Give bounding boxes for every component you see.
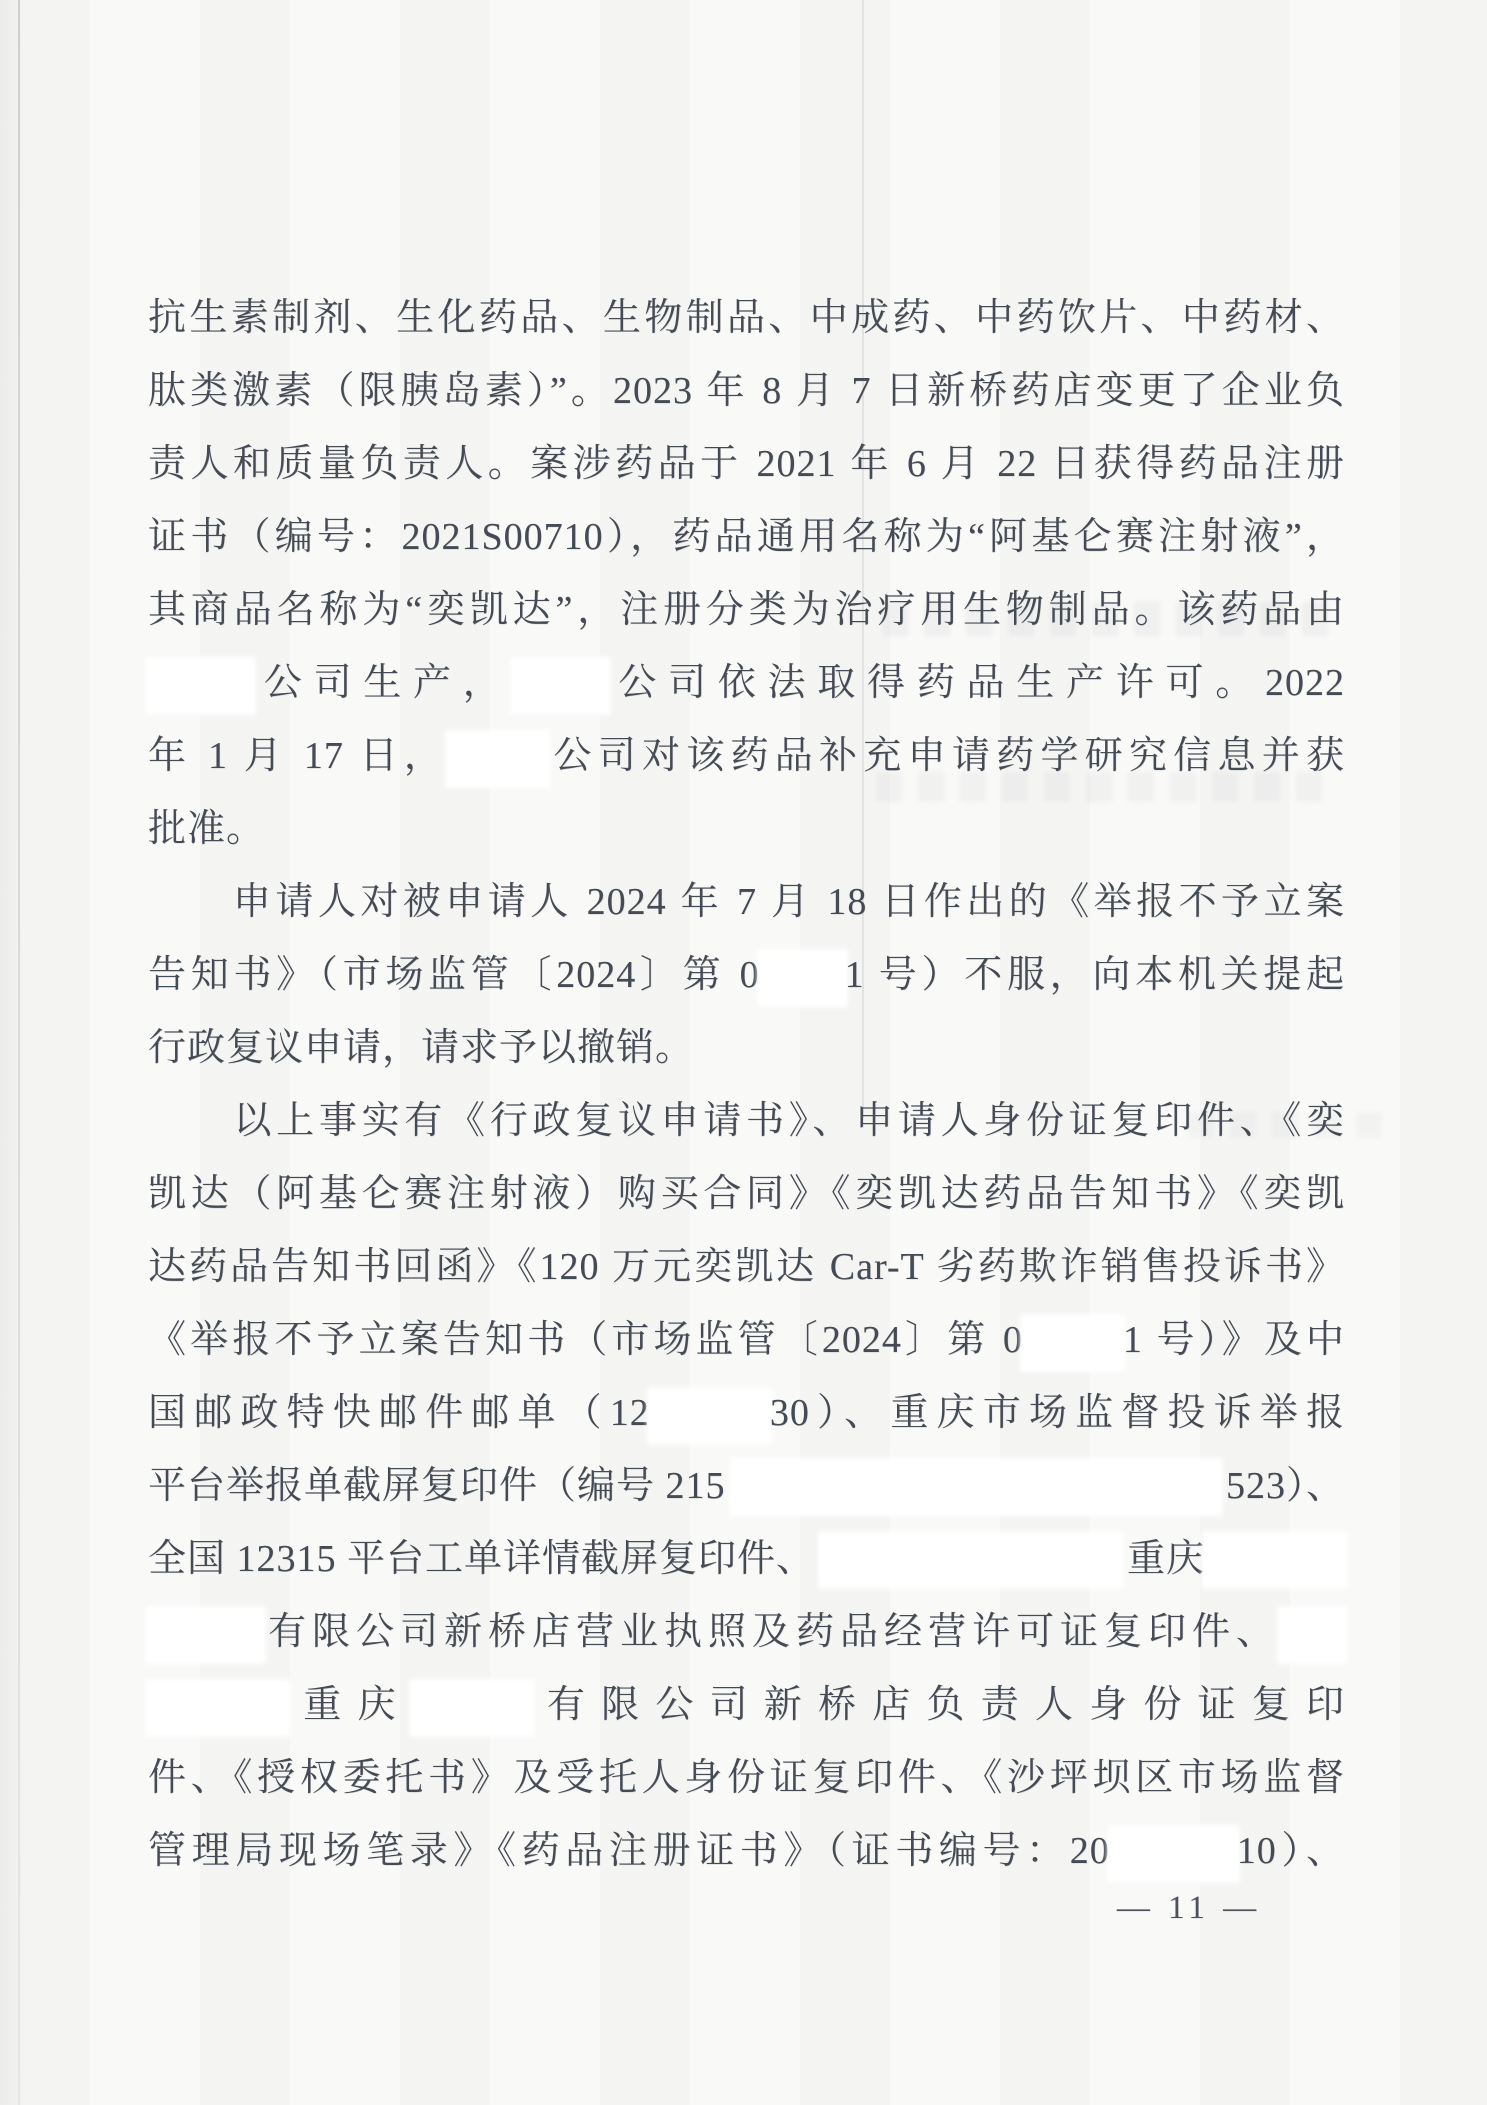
text-line: 有限公司新桥店营业执照及药品经营许可证复印件、 (148, 1596, 1345, 1669)
text-line: 证书（编号：2021S00710），药品通用名称为“阿基仑赛注射液”， (148, 501, 1345, 574)
text-run: 有限公司新桥店负责人身份证复印 (532, 1684, 1345, 1726)
text-run: 年 1 月 17 日， (148, 735, 448, 777)
text-run: 523）、 (1226, 1450, 1345, 1523)
text-line: 凯达（阿基仑赛注射液）购买合同》《奕凯达药品告知书》《奕凯 (148, 1158, 1345, 1231)
text-line: 年 1 月 17 日，公司对该药品补充申请药学研究信息并获 (148, 720, 1345, 793)
text-run: 公司对该药品补充申请药学研究信息并获 (548, 735, 1345, 777)
text-line: 达药品告知书回函》《120 万元奕凯达 Car-T 劣药欺诈销售投诉书》 (148, 1231, 1345, 1304)
text-run: 《举报不予立案告知书（市场监管〔2024〕第 0 (148, 1319, 1023, 1361)
redaction-box (821, 1534, 1121, 1586)
scanned-page: 抗生素制剂、生化药品、生物制品、中成药、中药饮片、中药材、肽类激素（限胰岛素）”… (0, 0, 1487, 2105)
redaction-box (1205, 1534, 1345, 1586)
text-run: 证书（编号：2021S00710），药品通用名称为“阿基仑赛注射液”， (148, 516, 1345, 558)
text-run: 重庆 (288, 1684, 412, 1726)
redaction-box (412, 1682, 532, 1734)
text-run: 1 号）不服，向本机关提起 (845, 954, 1345, 996)
text-line: 管理局现场笔录》《药品注册证书》（证书编号：2010）、 (148, 1815, 1345, 1888)
text-run: 公司生产， (253, 662, 513, 704)
text-run: 公司依法取得药品生产许可。2022 (608, 662, 1345, 704)
text-run: 抗生素制剂、生化药品、生物制品、中成药、中药饮片、中药材、 (148, 297, 1345, 339)
redaction-box (1280, 1609, 1345, 1661)
text-line: 责人和质量负责人。案涉药品于 2021 年 6 月 22 日获得药品注册 (148, 428, 1345, 501)
text-line: 行政复议申请，请求予以撤销。 (148, 1012, 1345, 1085)
text-run: 全国 12315 平台工单详情截屏复印件、 (148, 1523, 815, 1596)
text-line: 《举报不予立案告知书（市场监管〔2024〕第 01 号）》及中 (148, 1304, 1345, 1377)
text-run: 责人和质量负责人。案涉药品于 2021 年 6 月 22 日获得药品注册 (148, 443, 1345, 485)
text-line: 告知书》（市场监管〔2024〕第 01 号）不服，向本机关提起 (148, 939, 1345, 1012)
text-line: 其商品名称为“奕凯达”，注册分类为治疗用生物制品。该药品由 (148, 574, 1345, 647)
text-line: 批准。 (148, 793, 1345, 866)
text-line: 件、《授权委托书》及受托人身份证复印件、《沙坪坝区市场监督 (148, 1742, 1345, 1815)
text-line: 公司生产，公司依法取得药品生产许可。2022 (148, 647, 1345, 720)
text-run: 10）、 (1237, 1830, 1345, 1872)
text-line: 以上事实有《行政复议申请书》、申请人身份证复印件、《奕 (148, 1085, 1345, 1158)
text-run: 批准。 (148, 808, 265, 850)
text-run: 凯达（阿基仑赛注射液）购买合同》《奕凯达药品告知书》《奕凯 (148, 1173, 1345, 1215)
redaction-box (1023, 1317, 1123, 1369)
text-run: 有限公司新桥店营业执照及药品经营许可证复印件、 (263, 1611, 1280, 1653)
redaction-box (1110, 1828, 1237, 1880)
text-run: 30）、重庆市场监督投诉举报 (770, 1392, 1345, 1434)
text-run: 其商品名称为“奕凯达”，注册分类为治疗用生物制品。该药品由 (148, 589, 1345, 631)
redaction-box (148, 660, 253, 712)
text-line: 平台举报单截屏复印件（编号 215523）、 (148, 1450, 1345, 1523)
text-run: 肽类激素（限胰岛素）”。2023 年 8 月 7 日新桥药店变更了企业负 (148, 370, 1345, 412)
redaction-box (148, 1682, 288, 1734)
page-edge-shadow (18, 0, 20, 2105)
text-line: 抗生素制剂、生化药品、生物制品、中成药、中药饮片、中药材、 (148, 282, 1345, 355)
text-line: 全国 12315 平台工单详情截屏复印件、重庆 (148, 1523, 1345, 1596)
text-line: 申请人对被申请人 2024 年 7 月 18 日作出的《举报不予立案 (148, 866, 1345, 939)
redaction-box (448, 733, 548, 785)
text-run: 行政复议申请，请求予以撤销。 (148, 1027, 694, 1069)
text-run: 管理局现场笔录》《药品注册证书》（证书编号：20 (148, 1830, 1110, 1872)
redaction-box (148, 1609, 263, 1661)
text-run: 平台举报单截屏复印件（编号 215 (148, 1450, 726, 1523)
redaction-box (760, 952, 845, 1004)
redaction-box (732, 1461, 1220, 1513)
text-run: 以上事实有《行政复议申请书》、申请人身份证复印件、《奕 (148, 1100, 1345, 1142)
text-line: 肽类激素（限胰岛素）”。2023 年 8 月 7 日新桥药店变更了企业负 (148, 355, 1345, 428)
text-run: 达药品告知书回函》《120 万元奕凯达 Car-T 劣药欺诈销售投诉书》 (148, 1246, 1345, 1288)
text-run: 告知书》（市场监管〔2024〕第 0 (148, 954, 760, 996)
text-run: 国邮政特快邮件邮单（12 (148, 1392, 650, 1434)
text-line: 重庆有限公司新桥店负责人身份证复印 (148, 1669, 1345, 1742)
page-number: — 11 — (1103, 1890, 1275, 1927)
redaction-box (513, 660, 608, 712)
text-run: 件、《授权委托书》及受托人身份证复印件、《沙坪坝区市场监督 (148, 1757, 1345, 1799)
redaction-box (650, 1390, 770, 1442)
text-line: 国邮政特快邮件邮单（1230）、重庆市场监督投诉举报 (148, 1377, 1345, 1450)
document-text: 抗生素制剂、生化药品、生物制品、中成药、中药饮片、中药材、肽类激素（限胰岛素）”… (148, 282, 1345, 1888)
text-run: 1 号）》及中 (1123, 1319, 1345, 1361)
text-run: 申请人对被申请人 2024 年 7 月 18 日作出的《举报不予立案 (148, 881, 1345, 923)
text-run: 重庆 (1127, 1523, 1205, 1596)
